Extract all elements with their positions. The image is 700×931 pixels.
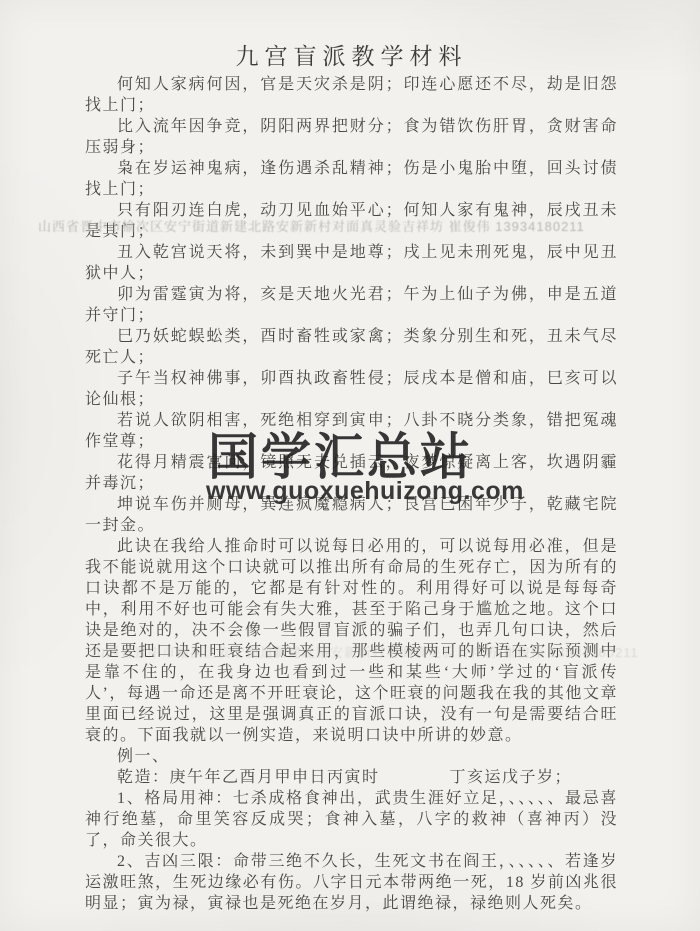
example-label: 例一、 [85,746,618,767]
verse-line: 卯为雷霆寅为将，亥是天地火光君；午为上仙子为佛，申是五道并守门； [85,284,618,326]
verse-line: 枭在岁运神鬼病，逢伤遇杀乱精神；伤是小鬼胎中堕，回头讨债找上门； [85,158,618,200]
verse-line: 丑入乾宫说天将，未到巽中是地尊；戌上见未刑死鬼，辰中见丑狱中人； [85,242,618,284]
verse-line: 若说人欲阴相害，死绝相穿到寅申；八卦不晓分类象，错把冤魂作堂尊； [85,410,618,452]
analysis-point-2: 2、吉凶三限：命带三绝不久长，生死文书在阎王，、、、、、若逢岁运激旺煞，生死边缘… [85,851,618,914]
prose-paragraph: 此诀在我给人推命时可以说每日必用的，可以说每用必准，但是我不能说就用这个口诀就可… [85,536,618,746]
analysis-point-1: 1、格局用神：七杀成格食神出，武贵生涯好立足，、、、、、最忌喜神行绝墓，命里笑容… [85,788,618,851]
verse-line: 子午当权神佛事，卯酉执政畜牲侵；辰戌本是僧和庙，巳亥可以论仙根； [85,368,618,410]
page-title: 九宫盲派教学材料 [85,38,618,71]
document-content: 九宫盲派教学材料 何知人家病何因，官是天灾杀是阴；印连心愿还不尽，劫是旧怨找上门… [0,0,700,914]
verse-line: 比入流年因争竞，阴阳两界把财分；食为错饮伤肝胃，贪财害命压弱身； [85,116,618,158]
example-chart-line: 乾造：庚午年乙酉月甲申日丙寅时 丁亥运戊子岁； [85,767,618,788]
verse-line: 何知人家病何因，官是天灾杀是阴；印连心愿还不尽，劫是旧怨找上门； [85,74,618,116]
verse-line: 坤说车伤并厕母，巽连疯魔瘾病人；艮宫已困年少子，乾藏宅院一封金。 [85,494,618,536]
scanned-document-page: 九宫盲派教学材料 何知人家病何因，官是天灾杀是阴；印连心愿还不尽，劫是旧怨找上门… [0,0,700,931]
verse-line: 巳乃妖蛇蜈蚣类，酉时畜牲或家禽；类象分别生和死，丑未气尽死亡人； [85,326,618,368]
verse-line: 花得月精震宫问，镜照无夫兑插云，夜梦惊疑离上客，坎遇阴霾并毒沉； [85,452,618,494]
verse-line: 只有阳刃连白虎，动刀见血始平心；何知人家有鬼神，辰戌丑未是其门； [85,200,618,242]
